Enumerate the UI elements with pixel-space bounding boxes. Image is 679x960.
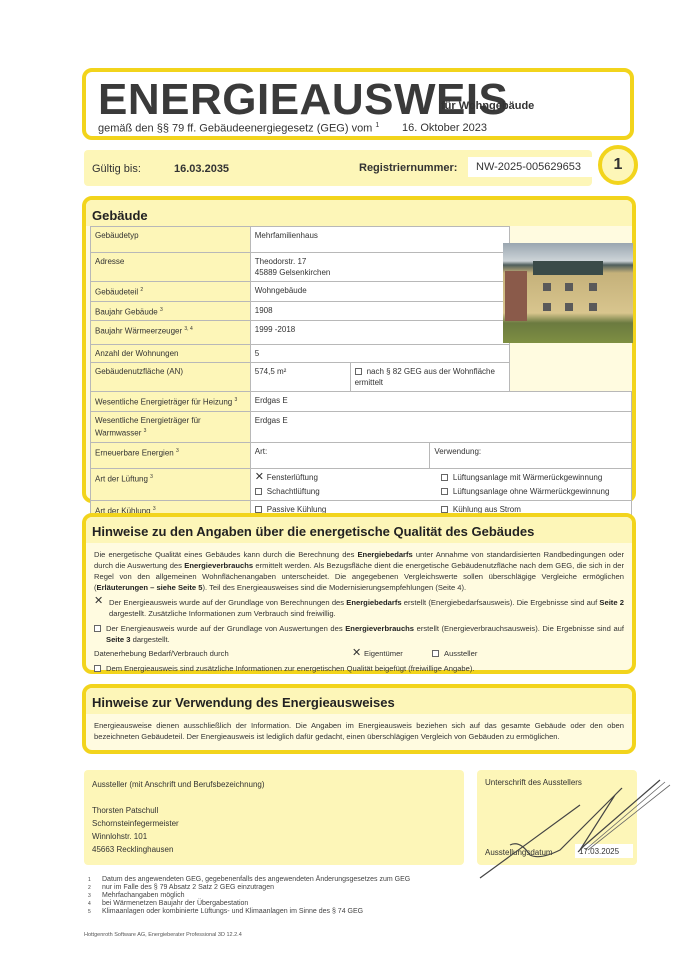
law-reference: gemäß den §§ 79 ff. Gebäudeenergiegesetz…: [98, 122, 379, 135]
footnote: 1Datum des angewendeten GEG, gegebenenfa…: [88, 876, 410, 884]
option-aussteller[interactable]: Aussteller: [432, 648, 477, 659]
page-number-badge: 1: [598, 145, 638, 185]
option-verbrauchsausweis[interactable]: Der Energieausweis wurde auf der Grundla…: [94, 623, 624, 645]
table-row: Erneuerbare Energien 3 Art: Verwendung:: [91, 442, 632, 468]
table-row: Art der Lüftung 3 ✕FensterlüftungLüftung…: [91, 468, 632, 500]
validity-bar: Gültig bis: 16.03.2035 Registriernummer:…: [84, 150, 592, 186]
option-fensterlueftung[interactable]: ✕Fensterlüftung: [255, 472, 441, 483]
aussteller-ort: 45663 Recklinghausen: [92, 843, 456, 856]
registration-number: NW-2025-005629653: [468, 157, 594, 177]
aussteller-box: Aussteller (mit Anschrift und Berufsbeze…: [84, 770, 464, 865]
option-lueftung-ohne-wrg[interactable]: Lüftungsanlage ohne Wärmerückgewinnung: [441, 486, 627, 497]
aussteller-name: Thorsten Patschull: [92, 804, 456, 817]
checked-mark-icon: ✕: [94, 597, 106, 619]
aussteller-strasse: Winnlohstr. 101: [92, 830, 456, 843]
section-title: Hinweise zur Verwendung des Energieauswe…: [92, 695, 395, 710]
option-zusatzinfo[interactable]: Dem Energieausweis sind zusätzliche Info…: [94, 663, 624, 674]
building-photo: [503, 243, 633, 343]
hinweise-verwendung-section: Hinweise zur Verwendung des Energieauswe…: [82, 684, 636, 754]
footnote: 5Klimaanlagen oder kombinierte Lüftungs-…: [88, 908, 410, 916]
footnotes: 1Datum des angewendeten GEG, gegebenenfa…: [88, 876, 410, 916]
checked-mark-icon: ✕: [255, 473, 264, 481]
intro-paragraph: Die energetische Qualität eines Gebäudes…: [94, 549, 624, 593]
table-row: Wesentliche Energieträger für Heizung 3 …: [91, 392, 632, 412]
checked-mark-icon: ✕: [352, 649, 361, 657]
title-block: ENERGIEAUSWEIS für Wohngebäude gemäß den…: [82, 68, 634, 140]
option-schachtlueftung[interactable]: Schachtlüftung: [255, 486, 441, 497]
datenerhebung-row: Datenerhebung Bedarf/Verbrauch durch ✕Ei…: [94, 648, 624, 659]
checkbox-nutzflaeche[interactable]: [355, 368, 362, 375]
hinweise-qualitaet-section: Hinweise zu den Angaben über die energet…: [82, 513, 636, 674]
software-credit: Hottgenroth Software AG, Energieberater …: [84, 932, 242, 938]
issue-date: 17.03.2025: [575, 844, 633, 858]
valid-until-date: 16.03.2035: [174, 163, 229, 175]
footnote: 2nur im Falle des § 79 Absatz 2 Satz 2 G…: [88, 884, 410, 892]
option-lueftung-mit-wrg[interactable]: Lüftungsanlage mit Wärmerückgewinnung: [441, 472, 627, 483]
registration-label: Registriernummer:: [359, 162, 457, 174]
section-title: Hinweise zu den Angaben über die energet…: [92, 524, 534, 539]
option-eigentuemer[interactable]: ✕Eigentümer: [352, 648, 432, 659]
valid-until-label: Gültig bis:: [92, 163, 141, 175]
footnote: 4bei Wärmenetzen Baujahr der Übergabesta…: [88, 900, 410, 908]
table-row: Wesentliche Energieträger für Warmwasser…: [91, 411, 632, 442]
footnote: 3Mehrfachangaben möglich: [88, 892, 410, 900]
option-bedarfsausweis[interactable]: ✕Der Energieausweis wurde auf der Grundl…: [94, 597, 624, 619]
section-title: Gebäude: [92, 208, 148, 223]
signature-box: Unterschrift des Ausstellers Ausstellung…: [477, 770, 637, 865]
law-date: 16. Oktober 2023: [402, 122, 487, 134]
verwendung-text: Energieausweise dienen ausschließlich de…: [94, 720, 624, 742]
aussteller-label: Aussteller (mit Anschrift und Berufsbeze…: [92, 778, 456, 791]
issue-date-label: Ausstellungsdatum: [485, 848, 553, 857]
document-subtitle: für Wohngebäude: [441, 100, 534, 112]
section-header-bg: [86, 200, 632, 226]
aussteller-beruf: Schornsteinfegermeister: [92, 817, 456, 830]
signature-label: Unterschrift des Ausstellers: [485, 778, 582, 787]
